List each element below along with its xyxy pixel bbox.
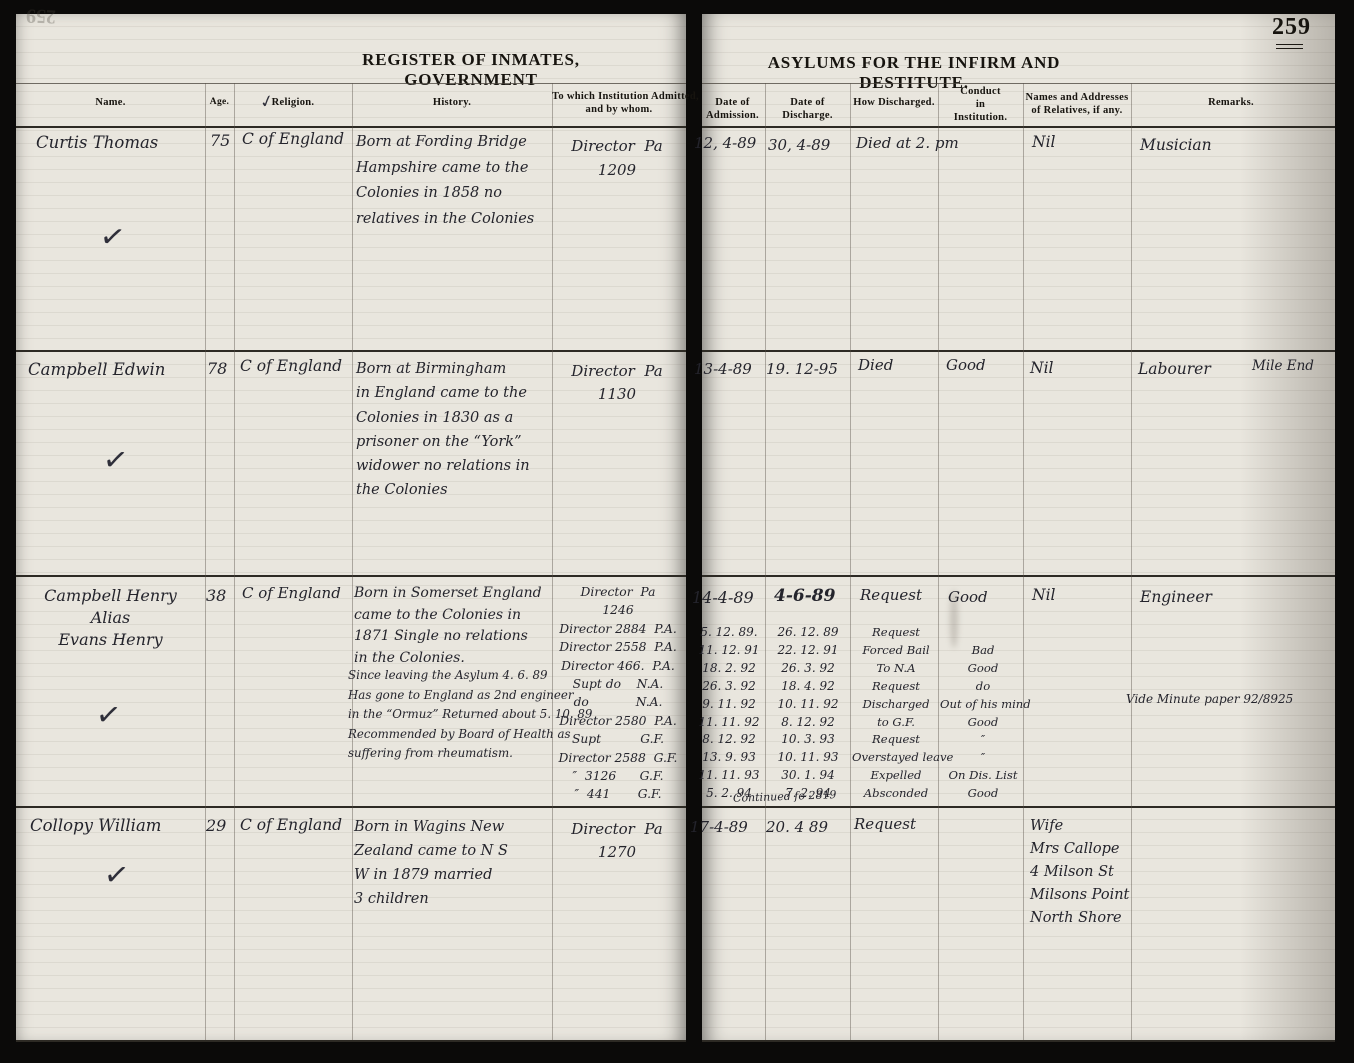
inmate-history: Born at Birminghamin England came to the…	[356, 357, 552, 503]
text-line: Supt G.F.	[552, 730, 684, 748]
text-line: Milsons Point	[1030, 884, 1150, 907]
how-discharged: Request	[860, 586, 922, 604]
text-line: Request	[852, 624, 940, 642]
column-rule	[938, 83, 939, 1040]
date-of-admission: 17-4-89	[690, 818, 748, 836]
text-line: Colonies in 1858 no	[356, 181, 552, 207]
check-mark-icon: ✓	[101, 441, 131, 479]
text-line: Colonies in 1830 as a	[356, 406, 552, 430]
header-bottom-rule	[16, 126, 686, 128]
inmate-name: Curtis Thomas	[36, 133, 158, 152]
column-header-remarks: Remarks.	[1131, 97, 1331, 110]
text-line: 1130	[552, 383, 682, 406]
remarks: Labourer	[1138, 360, 1211, 378]
row-separator	[702, 806, 1335, 808]
text-line: Director Pa	[552, 134, 682, 158]
row-separator	[702, 350, 1335, 352]
institution-admitted: Director Pa1246Director 2884 P.A.Directo…	[552, 583, 684, 804]
inmate-history: Born at Fording BridgeHampshire came to …	[356, 130, 552, 232]
remarks-note: Vide Minute paper 92/8925	[1126, 692, 1293, 706]
text-line: Request	[852, 678, 940, 696]
table-bottom-rule	[16, 1040, 686, 1042]
page-number-underline	[1276, 44, 1303, 49]
text-line: the Colonies	[356, 478, 552, 502]
admission-date-list: 5. 12. 89.11. 12. 9118. 2. 9226. 3. 929.…	[694, 624, 764, 803]
text-line: Forced Bail	[852, 642, 940, 660]
text-line: suffering from rheumatism.	[348, 744, 554, 764]
column-rule	[1023, 83, 1024, 1040]
text-line: 10. 11. 93	[768, 749, 848, 767]
text-line: in	[938, 99, 1023, 112]
text-line: 4 Milson St	[1030, 861, 1150, 884]
text-line: On Dis. List	[940, 767, 1026, 785]
text-line: Good	[940, 714, 1026, 732]
text-line: W in 1879 married	[354, 863, 552, 887]
text-line: relatives in the Colonies	[356, 207, 552, 233]
text-line: 26. 3. 92	[694, 678, 764, 696]
column-header-age: Age.	[205, 97, 234, 109]
text-line: Campbell Henry	[28, 585, 193, 607]
date-of-discharge: 30, 4-89	[768, 136, 830, 154]
check-mark-icon: ✓	[102, 856, 132, 894]
how-discharged: Died	[858, 356, 893, 374]
text-line: ″ 3126 G.F.	[552, 767, 684, 785]
text-line: To N.A	[852, 660, 940, 678]
text-line: Born in Somerset England	[354, 583, 552, 605]
text-line: Good	[940, 785, 1026, 803]
text-line: 22. 12. 91	[768, 642, 848, 660]
column-header-name: Name.	[16, 97, 205, 110]
date-of-discharge: 4-6-89	[774, 586, 835, 606]
text-line: Good	[940, 660, 1026, 678]
text-line: do	[940, 678, 1026, 696]
how-discharged: Died at 2. pm	[856, 134, 959, 152]
text-line: ″	[940, 749, 1026, 767]
text-line: Expelled	[852, 767, 940, 785]
how-discharged-list: RequestForced BailTo N.ARequestDischarge…	[852, 624, 940, 803]
column-header-history: History.	[352, 97, 552, 110]
text-line: ″	[940, 731, 1026, 749]
text-line: 10. 11. 92	[768, 696, 848, 714]
inmate-religion: C of England	[242, 130, 344, 148]
relatives: WifeMrs Callope4 Milson StMilsons PointN…	[1030, 815, 1150, 930]
text-line: Director Pa	[552, 360, 682, 383]
text-line: in the “Ormuz” Returned about 5. 10. 89	[348, 705, 554, 725]
text-line: Director 2588 G.F.	[552, 749, 684, 767]
row-separator	[16, 575, 686, 577]
text-line: 11. 11. 92	[694, 714, 764, 732]
header-bottom-rule	[702, 126, 1335, 128]
text-line: 9. 11. 92	[694, 696, 764, 714]
text-line: Director 2884 P.A.	[552, 620, 684, 638]
column-rule	[205, 83, 206, 1040]
text-line	[940, 624, 1026, 642]
text-line: 11. 11. 93	[694, 767, 764, 785]
page-title-right: ASYLUMS FOR THE INFIRM AND DESTITUTE.	[715, 53, 1113, 93]
text-line: 26. 12. 89	[768, 624, 848, 642]
text-line: Alias	[28, 607, 193, 629]
bleed-through-number: 259	[26, 3, 57, 27]
text-line: Director Pa	[552, 818, 682, 841]
row-separator	[16, 350, 686, 352]
text-line: 1270	[552, 841, 682, 864]
conduct: Good	[948, 588, 988, 606]
conduct-list: BadGooddoOut of his mindGood″″On Dis. Li…	[940, 624, 1026, 803]
inmate-age: 38	[206, 586, 226, 605]
inmate-history-note: Since leaving the Asylum 4. 6. 89Has gon…	[348, 666, 554, 764]
table-bottom-rule	[702, 1040, 1335, 1042]
text-line: Overstayed leave	[852, 749, 940, 767]
column-header-admission: Date of Admission.	[700, 97, 765, 123]
text-line: Born at Fording Bridge	[356, 130, 552, 156]
column-header-institution: To which Institution Admitted,and by who…	[552, 91, 686, 117]
text-line: Request	[852, 731, 940, 749]
date-of-admission: 13-4-89	[694, 360, 752, 378]
institution-admitted: Director Pa1130	[552, 360, 682, 406]
header-top-rule	[702, 83, 1335, 84]
text-line: Evans Henry	[28, 629, 193, 651]
date-of-admission: 12, 4-89	[694, 134, 756, 152]
text-line: 1871 Single no relations	[354, 626, 552, 648]
text-line: 30. 1. 94	[768, 767, 848, 785]
text-line: Director 2580 P.A.	[552, 712, 684, 730]
text-line: 18. 4. 92	[768, 678, 848, 696]
how-discharged: Request	[854, 815, 916, 833]
text-line: Out of his mind	[940, 696, 1026, 714]
text-line: to G.F.	[852, 714, 940, 732]
inmate-religion: C of England	[240, 816, 342, 834]
text-line: Director Pa	[552, 583, 684, 601]
header-top-rule	[16, 83, 686, 84]
text-line: Since leaving the Asylum 4. 6. 89	[348, 666, 554, 686]
text-line: Born at Birmingham	[356, 357, 552, 381]
inmate-age: 29	[206, 816, 226, 835]
text-line: Hampshire came to the	[356, 156, 552, 182]
discharge-date-list: 26. 12. 8922. 12. 9126. 3. 9218. 4. 9210…	[768, 624, 848, 803]
remarks: Engineer	[1140, 588, 1212, 606]
inmate-name: Campbell HenryAliasEvans Henry	[28, 585, 193, 651]
inmate-age: 78	[207, 359, 227, 378]
text-line: do N.A.	[552, 693, 684, 711]
text-line: 8. 12. 92	[694, 731, 764, 749]
text-line: and by whom.	[552, 104, 686, 117]
text-line: 3 children	[354, 887, 552, 911]
page-number: 259	[1272, 14, 1311, 41]
check-mark-icon: ✓	[94, 696, 124, 734]
column-rule	[765, 83, 766, 1040]
text-line: Conduct	[938, 86, 1023, 99]
inmate-religion: C of England	[242, 584, 341, 602]
text-line: To which Institution Admitted,	[552, 91, 686, 104]
text-line: Names and Addresses	[1023, 92, 1131, 105]
text-line: Supt do N.A.	[552, 675, 684, 693]
inmate-name: Collopy William	[30, 816, 161, 835]
date-of-discharge: 19. 12-95	[766, 360, 838, 378]
text-line: Discharged	[852, 696, 940, 714]
text-line: Mrs Callope	[1030, 838, 1150, 861]
ledger-scan: 259 259 REGISTER OF INMATES, GOVERNMENT …	[0, 0, 1354, 1063]
text-line: 1209	[552, 158, 682, 182]
remarks-secondary: Mile End	[1252, 358, 1314, 374]
text-line: 18. 2. 92	[694, 660, 764, 678]
column-rule	[234, 83, 235, 1040]
text-line: Director 2558 P.A.	[552, 638, 684, 656]
column-rule	[850, 83, 851, 1040]
relatives: Nil	[1030, 359, 1053, 377]
text-line: 11. 12. 91	[694, 642, 764, 660]
text-line: 13. 9. 93	[694, 749, 764, 767]
remarks: Musician	[1140, 136, 1212, 154]
text-line: prisoner on the “York”	[356, 430, 552, 454]
date-of-discharge: 20. 4 89	[766, 818, 828, 836]
inmate-history: Born in Wagins NewZealand came to N SW i…	[354, 815, 552, 911]
text-line: North Shore	[1030, 907, 1150, 930]
column-header-discharge: Date of Discharge.	[765, 97, 850, 123]
text-line: Wife	[1030, 815, 1150, 838]
text-line: ″ 441 G.F.	[552, 785, 684, 803]
text-line: Institution.	[938, 112, 1023, 125]
row-separator	[702, 575, 1335, 577]
page-title-left: REGISTER OF INMATES, GOVERNMENT	[295, 50, 647, 90]
text-line: came to the Colonies in	[354, 605, 552, 627]
text-line: in England came to the	[356, 381, 552, 405]
text-line: Bad	[940, 642, 1026, 660]
column-header-conduct: ConductinInstitution.	[938, 86, 1023, 124]
inmate-age: 75	[210, 131, 230, 150]
conduct: Good	[946, 356, 986, 374]
text-line: Born in Wagins New	[354, 815, 552, 839]
institution-admitted: Director Pa1270	[552, 818, 682, 864]
text-line: Has gone to England as 2nd engineer	[348, 686, 554, 706]
text-line: widower no relations in	[356, 454, 552, 478]
inmate-history: Born in Somerset Englandcame to the Colo…	[354, 583, 552, 669]
relatives: Nil	[1032, 133, 1055, 151]
column-rule	[552, 83, 553, 1040]
column-header-religion: Religion.	[234, 97, 352, 110]
inmate-religion: C of England	[240, 357, 342, 375]
text-line: 1246	[552, 601, 684, 619]
right-page	[702, 14, 1335, 1042]
text-line: 10. 3. 93	[768, 731, 848, 749]
text-line: Zealand came to N S	[354, 839, 552, 863]
institution-admitted: Director Pa1209	[552, 134, 682, 182]
text-line: 5. 12. 89.	[694, 624, 764, 642]
text-line: 8. 12. 92	[768, 714, 848, 732]
relatives: Nil	[1032, 586, 1055, 604]
text-line: Director 466. P.A.	[552, 657, 684, 675]
column-rule	[352, 83, 353, 1040]
text-line: Recommended by Board of Health as	[348, 725, 554, 745]
text-line: Absconded	[852, 785, 940, 803]
column-header-how-discharged: How Discharged.	[850, 97, 938, 110]
text-line: 26. 3. 92	[768, 660, 848, 678]
column-header-relatives: Names and Addressesof Relatives, if any.	[1023, 92, 1131, 118]
text-line: of Relatives, if any.	[1023, 105, 1131, 118]
inmate-name: Campbell Edwin	[28, 360, 165, 379]
date-of-admission: 14-4-89	[692, 588, 754, 607]
row-separator	[16, 806, 686, 808]
